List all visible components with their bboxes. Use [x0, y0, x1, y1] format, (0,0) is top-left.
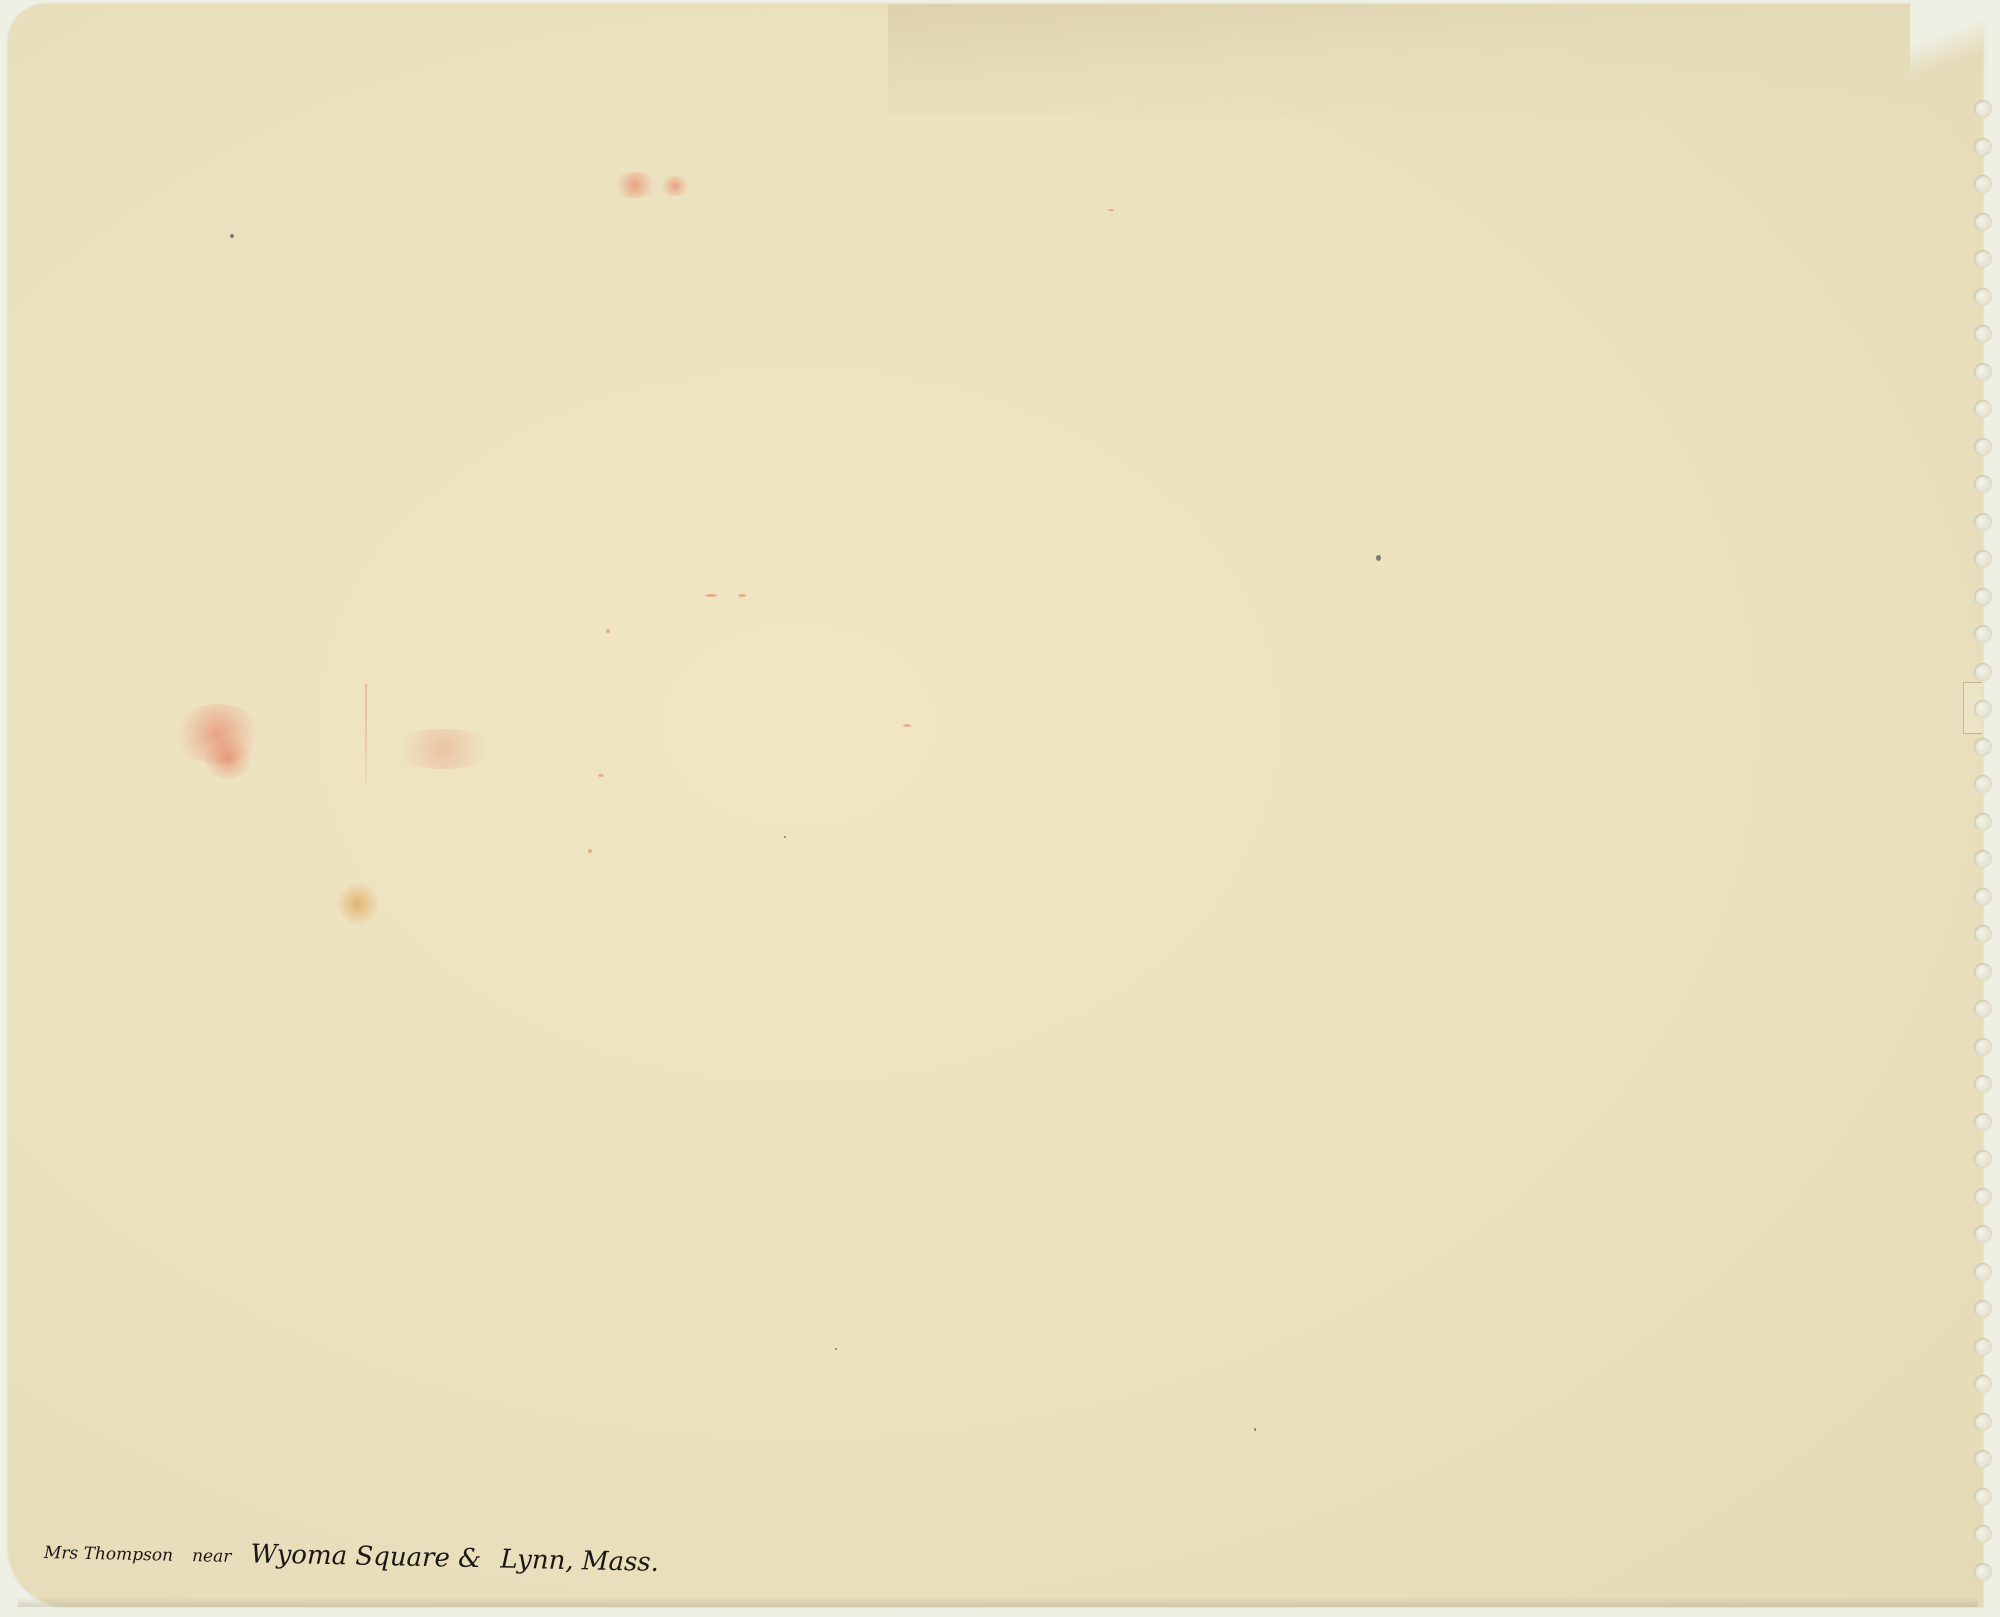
perforation-hole	[1974, 813, 1992, 831]
perforation-hole	[1974, 250, 1992, 268]
bottom-edge-shadow	[18, 1597, 1978, 1607]
dirt-speck	[230, 234, 234, 238]
perforation-hole	[1974, 1488, 1992, 1506]
perforation-hole	[1974, 775, 1992, 793]
perforation-hole	[1974, 1263, 1992, 1281]
perforation-hole	[1974, 1113, 1992, 1131]
orange-stain	[330, 876, 386, 932]
perforation-hole	[1974, 288, 1992, 306]
perforation-hole	[1974, 550, 1992, 568]
perforation-hole	[1974, 213, 1992, 231]
perforation-hole	[1974, 738, 1992, 756]
perforation-hole	[1974, 513, 1992, 531]
caption-near: near	[192, 1546, 232, 1567]
pigment-speck	[588, 849, 592, 853]
top-edge-stain	[888, 4, 1988, 114]
perforation-hole	[1974, 888, 1992, 906]
pigment-speck	[738, 594, 746, 597]
perforation-hole	[1974, 588, 1992, 606]
dirt-speck	[1254, 1428, 1256, 1431]
dirt-speck	[835, 1348, 837, 1350]
perforation-hole	[1974, 1375, 1992, 1393]
perforation-hole	[1974, 475, 1992, 493]
torn-corner	[1910, 0, 2000, 80]
perforation-hole	[1974, 325, 1992, 343]
perforation-hole	[1974, 1225, 1992, 1243]
perforation-hole	[1974, 663, 1992, 681]
perforation-hole	[1974, 963, 1992, 981]
pigment-smudge	[203, 739, 253, 779]
pigment-line	[365, 684, 367, 784]
perforation-hole	[1974, 363, 1992, 381]
pigment-speck	[606, 629, 610, 633]
pigment-speck	[705, 594, 717, 597]
pigment-smudge	[613, 172, 657, 198]
perforation-hole	[1974, 850, 1992, 868]
perforation-hole	[1974, 1563, 1992, 1581]
perforation-hole	[1974, 1450, 1992, 1468]
caption-name: Mrs Thompson	[44, 1543, 173, 1566]
caption-city: Lynn, Mass.	[500, 1545, 659, 1578]
perforation-hole	[1974, 1188, 1992, 1206]
perforation-hole	[1974, 625, 1992, 643]
pigment-speck	[903, 724, 911, 727]
perforation-hole	[1974, 700, 1992, 718]
dirt-speck	[784, 836, 786, 838]
perforation-hole	[1974, 438, 1992, 456]
perforation-hole	[1974, 1338, 1992, 1356]
perforation-hole	[1974, 100, 1992, 118]
perforation-hole	[1974, 1413, 1992, 1431]
pigment-smudge	[660, 176, 690, 196]
perforation-hole	[1974, 1525, 1992, 1543]
spiral-perforations	[1966, 100, 2000, 1600]
caption-location: Wyoma Square &	[250, 1539, 481, 1574]
perforation-hole	[1974, 1075, 1992, 1093]
dirt-speck	[1376, 555, 1381, 561]
perforation-hole	[1974, 175, 1992, 193]
perforation-hole	[1974, 925, 1992, 943]
pigment-speck	[598, 774, 604, 777]
sketchbook-page	[8, 4, 1983, 1607]
perforation-hole	[1974, 138, 1992, 156]
perforation-hole	[1974, 1000, 1992, 1018]
perforation-hole	[1974, 1300, 1992, 1318]
perforation-hole	[1974, 400, 1992, 418]
pigment-speck	[1108, 209, 1114, 211]
perforation-hole	[1974, 1150, 1992, 1168]
perforation-hole	[1974, 1038, 1992, 1056]
pigment-smudge	[388, 729, 498, 769]
